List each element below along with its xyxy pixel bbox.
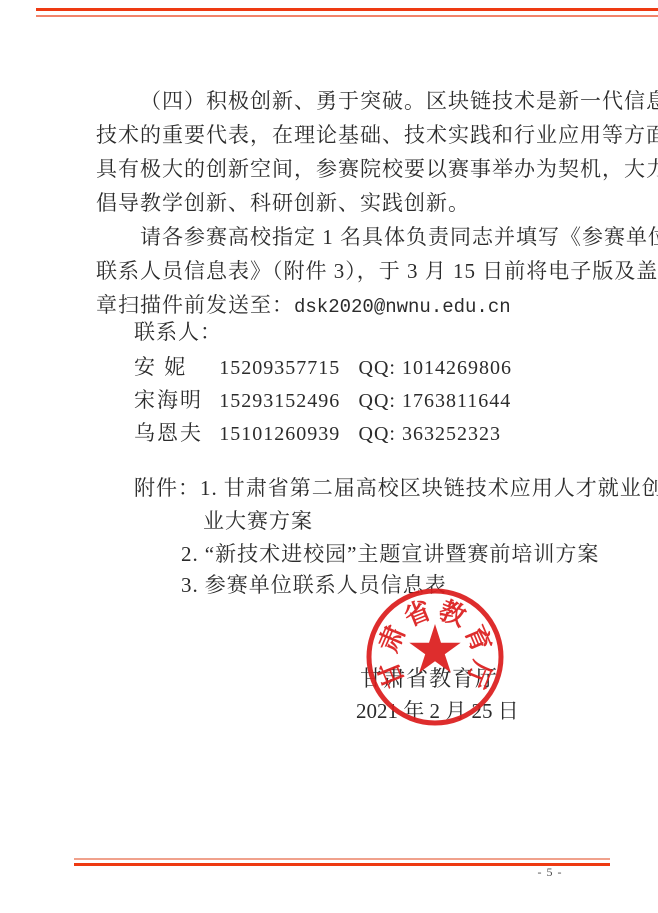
contact-qq: QQ: 363252323 xyxy=(359,423,501,446)
contact-name: 乌恩夫 xyxy=(134,417,214,447)
document-body: （四）积极创新、勇于突破。区块链技术是新一代信息 技术的重要代表，在理论基础、技… xyxy=(96,84,566,324)
contact-phone: 15293152496 xyxy=(219,390,335,413)
attachment-number: 1. xyxy=(200,476,218,500)
paragraph-innovation: （四）积极创新、勇于突破。区块链技术是新一代信息 技术的重要代表，在理论基础、技… xyxy=(96,84,566,220)
svg-text:甘: 甘 xyxy=(374,657,411,692)
contact-row: 宋海明 15293152496 QQ: 1763811644 xyxy=(134,384,511,414)
contact-phone: 15209357715 xyxy=(219,357,335,380)
attachment-title: 业大赛方案 xyxy=(203,509,313,533)
attachment-number: 2. xyxy=(181,542,199,566)
page-number: - 5 - xyxy=(528,865,572,880)
attachment-item: 2.“新技术进校园”主题宣讲暨赛前培训方案 xyxy=(181,538,599,568)
top-rule-thin xyxy=(36,15,658,17)
body-line: 具有极大的创新空间，参赛院校要以赛事举办为契机，大力 xyxy=(96,152,566,186)
document-page: （四）积极创新、勇于突破。区块链技术是新一代信息 技术的重要代表，在理论基础、技… xyxy=(0,0,658,913)
official-seal: 甘 肃 省 教 育 厅 xyxy=(355,577,515,737)
star-icon xyxy=(409,624,460,673)
bottom-rule-thin xyxy=(74,858,610,860)
attachment-item: 附件：1.甘肃省第二届高校区块链技术应用人才就业创 xyxy=(134,472,658,502)
send-to-label: 章扫描件前发送至： xyxy=(96,293,294,317)
body-line: 技术的重要代表，在理论基础、技术实践和行业应用等方面 xyxy=(96,118,566,152)
contact-qq: QQ: 1014269806 xyxy=(359,357,512,380)
contact-email: dsk2020@nwnu.edu.cn xyxy=(294,296,511,318)
contact-row: 安 妮 15209357715 QQ: 1014269806 xyxy=(134,351,512,381)
paragraph-registration: 请各参赛高校指定 1 名具体负责同志并填写《参赛单位 联系人员信息表》（附件 3… xyxy=(96,220,566,324)
contact-phone: 15101260939 xyxy=(219,423,335,446)
attachments-label: 附件： xyxy=(134,476,200,500)
contact-row: 乌恩夫 15101260939 QQ: 363252323 xyxy=(134,417,501,447)
body-line: 联系人员信息表》（附件 3），于 3 月 15 日前将电子版及盖 xyxy=(96,254,566,288)
body-line: 请各参赛高校指定 1 名具体负责同志并填写《参赛单位 xyxy=(96,220,566,254)
svg-text:省: 省 xyxy=(400,596,435,633)
body-line: 倡导教学创新、科研创新、实践创新。 xyxy=(96,186,566,220)
attachment-item-wrap: 业大赛方案 xyxy=(203,505,313,535)
attachment-title: “新技术进校园”主题宣讲暨赛前培训方案 xyxy=(205,542,600,566)
attachment-number: 3. xyxy=(181,573,199,597)
contact-name: 安 妮 xyxy=(134,351,214,381)
contact-qq: QQ: 1763811644 xyxy=(359,390,512,413)
body-line: （四）积极创新、勇于突破。区块链技术是新一代信息 xyxy=(96,84,566,118)
svg-text:厅: 厅 xyxy=(460,657,497,692)
contacts-heading: 联系人： xyxy=(134,316,222,346)
contact-name: 宋海明 xyxy=(134,384,214,414)
top-rule-thick xyxy=(36,8,658,11)
attachment-title: 甘肃省第二届高校区块链技术应用人才就业创 xyxy=(224,476,658,500)
